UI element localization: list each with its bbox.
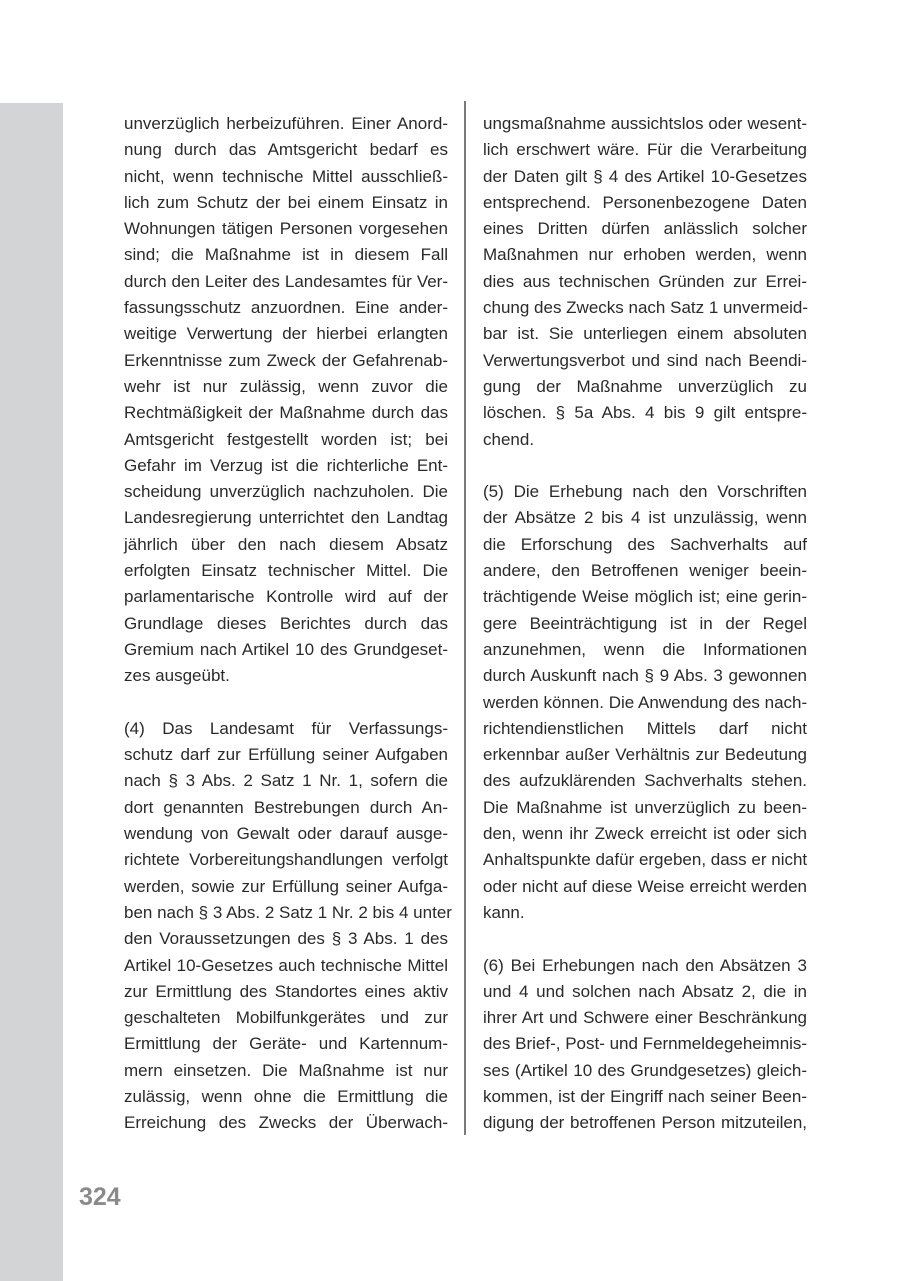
text-line: nung durch das Amtsgericht bedarf es [124,137,448,163]
text-line: gung der Maßnahme unverzüglich zu [483,374,807,400]
text-line: Artikel 10-Gesetzes auch technische Mitt… [124,953,448,979]
text-line: schutz darf zur Erfüllung seiner Aufgabe… [124,742,448,768]
text-line: digung der betroffenen Person mitzuteile… [483,1110,807,1136]
text-line: Erkenntnisse zum Zweck der Gefahrenab- [124,348,448,374]
text-line: durch Auskunft nach § 9 Abs. 3 gewonnen [483,663,807,689]
text-line: entsprechend. Personenbezogene Daten [483,190,807,216]
text-line: Wohnungen tätigen Personen vorgesehen [124,216,448,242]
text-line: richtendienstlichen Mittels darf nicht [483,716,807,742]
right-column: ungsmaßnahme aussichtslos oder wesent- l… [483,111,807,1163]
text-line: Rechtmäßigkeit der Maßnahme durch das [124,400,448,426]
text-line: fassungsschutz anzuordnen. Eine ander- [124,295,448,321]
text-line: jährlich über den nach diesem Absatz [124,532,448,558]
text-line: zur Ermittlung des Standortes eines akti… [124,979,448,1005]
text-line: den Voraussetzungen des § 3 Abs. 1 des [124,926,448,952]
text-line: nach § 3 Abs. 2 Satz 1 Nr. 1, sofern die [124,768,448,794]
text-line: (5) Die Erhebung nach den Vorschriften [483,479,807,505]
text-line: kann. [483,900,807,926]
text-line: Grundlage dieses Berichtes durch das [124,611,448,637]
text-line: den, wenn ihr Zweck erreicht ist oder si… [483,821,807,847]
text-line: Verwertungsverbot und sind nach Beendi- [483,348,807,374]
text-line: lich erschwert wäre. Für die Verarbeitun… [483,137,807,163]
text-line: zes ausgeübt. [124,663,448,689]
text-line: des Brief-, Post- und Fernmeldegeheimnis… [483,1031,807,1057]
text-line: unverzüglich herbeizuführen. Einer Anord… [124,111,448,137]
text-line: oder nicht auf diese Weise erreicht werd… [483,874,807,900]
text-line: der Absätze 2 bis 4 ist unzulässig, wenn [483,505,807,531]
paragraph-6: (6) Bei Erhebungen nach den Absätzen 3 u… [483,953,807,1137]
text-line: mern einsetzen. Die Maßnahme ist nur [124,1058,448,1084]
text-line: eines Dritten dürfen anlässlich solcher [483,216,807,242]
paragraph-4-continuation: ungsmaßnahme aussichtslos oder wesent- l… [483,111,807,453]
text-line: lich zum Schutz der bei einem Einsatz in [124,190,448,216]
text-line: richtete Vorbereitungshandlungen verfolg… [124,847,448,873]
paragraph-4: (4) Das Landesamt für Verfassungs- schut… [124,716,448,1137]
text-line: Gefahr im Verzug ist die richterliche En… [124,453,448,479]
text-line: nicht, wenn technische Mittel ausschließ… [124,164,448,190]
text-line: sind; die Maßnahme ist in diesem Fall [124,242,448,268]
text-line: kommen, ist der Eingriff nach seiner Bee… [483,1084,807,1110]
text-line: werden, sowie zur Erfüllung seiner Aufga… [124,874,448,900]
page-number: 324 [79,1183,121,1212]
text-line: wehr ist nur zulässig, wenn zuvor die [124,374,448,400]
text-line: geschalteten Mobilfunkgerätes und zur [124,1005,448,1031]
text-line: des aufzuklärenden Sachverhalts stehen. [483,768,807,794]
text-line: ungsmaßnahme aussichtslos oder wesent- [483,111,807,137]
text-line: werden können. Die Anwendung des nach- [483,690,807,716]
text-line: chung des Zwecks nach Satz 1 unvermeid- [483,295,807,321]
paragraph-continuation-3: unverzüglich herbeizuführen. Einer Anord… [124,111,448,690]
text-line: die Erforschung des Sachverhalts auf [483,532,807,558]
text-line: ses (Artikel 10 des Grundgesetzes) gleic… [483,1058,807,1084]
text-line: scheidung unverzüglich nachzuholen. Die [124,479,448,505]
text-line: zulässig, wenn ohne die Ermittlung die [124,1084,448,1110]
text-line: der Daten gilt § 4 des Artikel 10-Gesetz… [483,164,807,190]
text-line: erfolgten Einsatz technischer Mittel. Di… [124,558,448,584]
text-line: Landesregierung unterrichtet den Landtag [124,505,448,531]
text-line: gere Beeinträchtigung ist in der Regel [483,611,807,637]
text-line: trächtigende Weise möglich ist; eine ger… [483,584,807,610]
text-line: andere, den Betroffenen weniger beein- [483,558,807,584]
text-line: Gremium nach Artikel 10 des Grundgeset- [124,637,448,663]
text-line: chend. [483,427,807,453]
text-line: bar ist. Sie unterliegen einem absoluten [483,321,807,347]
text-line: (6) Bei Erhebungen nach den Absätzen 3 [483,953,807,979]
page-side-band [0,103,63,1281]
text-line: löschen. § 5a Abs. 4 bis 9 gilt entspre- [483,400,807,426]
text-line: Anhaltspunkte dafür ergeben, dass er nic… [483,847,807,873]
paragraph-5: (5) Die Erhebung nach den Vorschriften d… [483,479,807,926]
text-line: dies aus technischen Gründen zur Errei- [483,269,807,295]
text-line: Erreichung des Zwecks der Überwach- [124,1110,448,1136]
left-column: unverzüglich herbeizuführen. Einer Anord… [124,111,448,1163]
text-line: anzunehmen, wenn die Informationen [483,637,807,663]
text-line: Ermittlung der Geräte- und Kartennum- [124,1031,448,1057]
text-line: dort genannten Bestrebungen durch An- [124,795,448,821]
text-line: erkennbar außer Verhältnis zur Bedeutung [483,742,807,768]
text-line: wendung von Gewalt oder darauf ausge- [124,821,448,847]
text-line: durch den Leiter des Landesamtes für Ver… [124,269,448,295]
text-line: Amtsgericht festgestellt worden ist; bei [124,427,448,453]
text-line: ihrer Art und Schwere einer Beschränkung [483,1005,807,1031]
column-divider [464,101,466,1135]
text-line: Die Maßnahme ist unverzüglich zu been- [483,795,807,821]
text-line: Maßnahmen nur erhoben werden, wenn [483,242,807,268]
text-line: ben nach § 3 Abs. 2 Satz 1 Nr. 2 bis 4 u… [124,900,448,926]
text-line: parlamentarische Kontrolle wird auf der [124,584,448,610]
text-line: (4) Das Landesamt für Verfassungs- [124,716,448,742]
text-line: und 4 und solchen nach Absatz 2, die in [483,979,807,1005]
text-line: weitige Verwertung der hierbei erlangten [124,321,448,347]
